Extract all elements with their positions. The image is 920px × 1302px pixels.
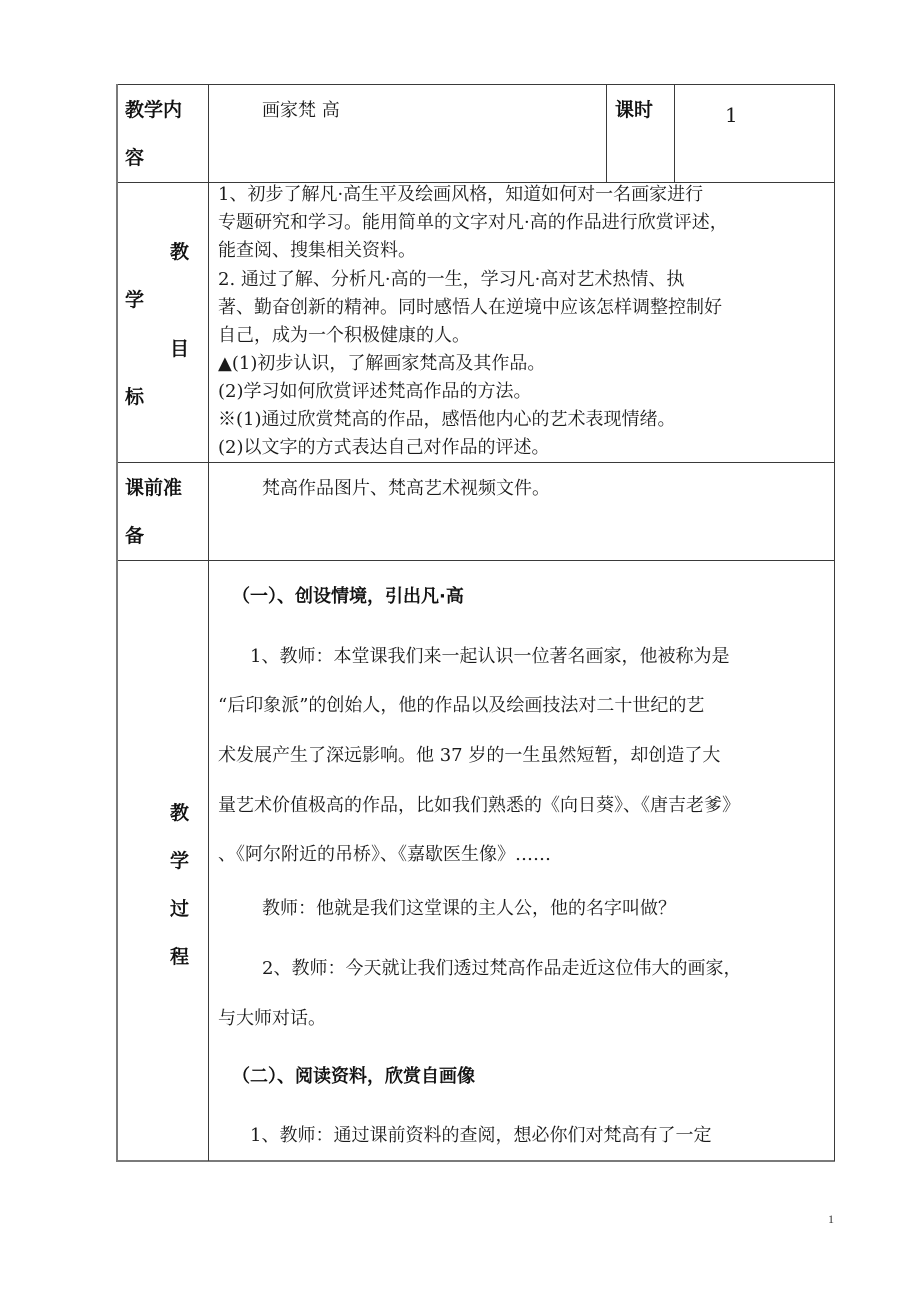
section1-paragraph-line: “后印象派”的创始人，他的作品以及绘画技法对二十世纪的艺: [218, 697, 704, 715]
section1-paragraph-line: 、《阿尔附近的吊桥》、《嘉歇医生像》……: [218, 846, 551, 864]
content-label-line2: 容: [125, 149, 144, 168]
process-label-cell: 教 学 过 程: [117, 561, 208, 1161]
section1-paragraph-line: 术发展产生了深远影响。他 37 岁的一生虽然短暂，却创造了大: [218, 747, 720, 765]
objectives-label-char: 教: [170, 243, 189, 262]
lesson-plan-page: 教学内 容 画家梵 高 课时 1 教 学 目 标 1、初步了解凡·高生平及绘画风…: [0, 0, 920, 1302]
preparation-value: 梵高作品图片、梵高艺术视频文件。: [262, 480, 550, 498]
table-border-bottom: [116, 1160, 835, 1162]
process-label-char: 教: [170, 804, 189, 823]
objective-line: 著、勤奋创新的精神。同时感悟人在逆境中应该怎样调整控制好: [218, 299, 722, 317]
period-label: 课时: [615, 101, 653, 120]
section1-paragraph-line: 量艺术价值极高的作品，比如我们熟悉的《向日葵》、《唐吉老爹》: [218, 797, 740, 815]
process-label-char: 过: [170, 900, 189, 919]
preparation-label-line2: 备: [125, 527, 144, 546]
objective-line: ※(1)通过欣赏梵高的作品，感悟他内心的艺术表现情绪。: [218, 411, 676, 429]
page-number: 1: [828, 1212, 834, 1227]
objective-line: 1、初步了解凡·高生平及绘画风格，知道如何对一名画家进行: [218, 186, 703, 204]
section1-paragraph2-line: 2、教师：今天就让我们透过梵高作品走近这位伟大的画家，: [262, 960, 741, 978]
content-label-line1: 教学内: [125, 101, 182, 120]
objective-line: (2)学习如何欣赏评述梵高作品的方法。: [218, 383, 532, 401]
section1-question: 教师：他就是我们这堂课的主人公，他的名字叫做？: [262, 900, 676, 918]
table-col-divider: [208, 84, 209, 1161]
section2-heading: （二）、阅读资料，欣赏自画像: [232, 1068, 475, 1086]
period-label-cell: 课时: [607, 85, 674, 182]
objectives-label-char: 标: [125, 388, 144, 407]
objective-line: 2. 通过了解、分析凡·高的一生，学习凡·高对艺术热情、执: [218, 271, 684, 289]
objectives-label-cell: 教 学 目 标: [117, 183, 208, 462]
section1-paragraph2-line: 与大师对话。: [218, 1010, 326, 1028]
objective-line: (2)以文字的方式表达自己对作品的评述。: [218, 439, 550, 457]
section1-heading: （一）、创设情境，引出凡·高: [232, 588, 464, 606]
section2-paragraph-line: 1、教师：通过课前资料的查阅，想必你们对梵高有了一定: [250, 1127, 711, 1145]
table-row-divider: [116, 182, 835, 183]
objective-line: 专题研究和学习。能用简单的文字对凡·高的作品进行欣赏评述，: [218, 214, 728, 232]
preparation-label-line1: 课前准: [125, 479, 182, 498]
preparation-value-cell: 梵高作品图片、梵高艺术视频文件。: [209, 463, 834, 560]
table-border-right: [834, 84, 835, 1161]
process-label-char: 学: [170, 852, 189, 871]
content-value: 画家梵 高: [262, 102, 340, 120]
objective-line: 能查阅、搜集相关资料。: [218, 242, 416, 260]
period-value: 1: [725, 105, 738, 125]
content-value-cell: 画家梵 高: [209, 85, 606, 182]
objectives-label-char: 目: [170, 340, 189, 359]
objectives-label-char: 学: [125, 291, 144, 310]
objective-line: 自己，成为一个积极健康的人。: [218, 327, 470, 345]
preparation-label-cell: 课前准 备: [117, 463, 208, 560]
period-value-cell: 1: [675, 85, 834, 182]
content-label-cell: 教学内 容: [117, 85, 208, 182]
objective-line: ▲(1)初步认识，了解画家梵高及其作品。: [218, 355, 545, 373]
table-row-divider: [116, 560, 835, 561]
process-label-char: 程: [170, 948, 189, 967]
section1-paragraph-line: 1、教师：本堂课我们来一起认识一位著名画家，他被称为是: [250, 648, 729, 666]
